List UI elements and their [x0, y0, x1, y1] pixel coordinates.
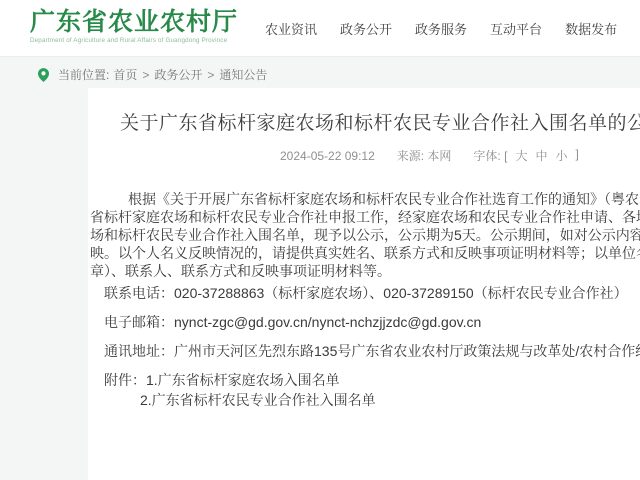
site-header: 广东省农业农村厅 Department of Agriculture and R… [0, 0, 640, 57]
nav-item-government-disclosure[interactable]: 政务公开 [340, 19, 392, 38]
attachments-line: 2.广东省标杆农民专业合作社入围名单 [88, 391, 640, 409]
logo-title: 广东省农业农村厅 [30, 9, 238, 35]
paragraph-line: 章）、联系人、联系方式和反映事项证明材料等。 [88, 262, 640, 280]
site-logo[interactable]: 广东省农业农村厅 Department of Agriculture and R… [30, 9, 238, 44]
breadcrumb-home[interactable]: 首页 [113, 66, 137, 83]
publish-datetime: 2024-05-22 09:12 [280, 149, 375, 163]
breadcrumb-separator: > [142, 68, 149, 82]
article-source: 来源: 本网 [397, 147, 452, 164]
font-size-medium-button[interactable]: 中 [535, 147, 547, 164]
logo-subtitle: Department of Agriculture and Rural Affa… [30, 37, 238, 44]
nav-item-agriculture-news[interactable]: 农业资讯 [265, 19, 317, 38]
paragraph-line: 省标杆家庭农场和标杆农民专业合作社申报工作，经家庭农场和农民专业合作社申请、各地… [88, 208, 640, 226]
breadcrumb-separator: > [207, 68, 214, 82]
paragraph-line: 根据《关于开展广东省标杆家庭农场和标杆农民专业合作社选育工作的通知》（粤农农〔2… [88, 190, 640, 208]
attachments-line: 附件：1.广东省标杆家庭农场入围名单 [88, 371, 640, 389]
breadcrumb-prefix: 当前位置: [58, 66, 109, 83]
location-pin-icon [38, 68, 49, 82]
paragraph-line: 场和标杆农民专业合作社入围名单，现予以公示，公示期为5天。公示期间，如对公示内容… [88, 226, 640, 244]
attachment-link-cooperatives[interactable]: 2.广东省标杆农民专业合作社入围名单 [140, 392, 376, 408]
nav-item-interaction-platform[interactable]: 互动平台 [490, 19, 542, 38]
nav-item-data-release[interactable]: 数据发布 [565, 19, 617, 38]
font-size-label-close: ] [575, 147, 578, 164]
font-size-control: 字体: [ 大 中 小 ] [473, 147, 578, 164]
article-title: 关于广东省标杆家庭农场和标杆农民专业合作社入围名单的公示 [120, 108, 640, 135]
article-meta: 2024-05-22 09:12 来源: 本网 字体: [ 大 中 小 ] [280, 147, 579, 164]
breadcrumb: 当前位置: 首页 > 政务公开 > 通知公告 [38, 66, 267, 83]
breadcrumb-notices[interactable]: 通知公告 [219, 66, 267, 83]
article-card: 关于广东省标杆家庭农场和标杆农民专业合作社入围名单的公示 2024-05-22 … [88, 88, 640, 480]
attachments-label: 附件： [104, 372, 146, 388]
contact-address-line: 通讯地址：广州市天河区先烈东路135号广东省农业农村厅政策法规与改革处/农村合作… [88, 342, 640, 360]
font-size-label-open: 字体: [ [473, 147, 507, 164]
article-body: 根据《关于开展广东省标杆家庭农场和标杆农民专业合作社选育工作的通知》（粤农农〔2… [88, 190, 640, 409]
nav-item-government-services[interactable]: 政务服务 [415, 19, 467, 38]
main-nav: 农业资讯 政务公开 政务服务 互动平台 数据发布 [265, 0, 617, 57]
breadcrumb-government-disclosure[interactable]: 政务公开 [154, 66, 202, 83]
contact-phone-line: 联系电话：020-37288863（标杆家庭农场）、020-37289150（标… [88, 284, 640, 302]
paragraph-line: 映。以个人名义反映情况的，请提供真实姓名、联系方式和反映事项证明材料等；以单位名… [88, 244, 640, 262]
page: 广东省农业农村厅 Department of Agriculture and R… [0, 0, 640, 480]
contact-email-line: 电子邮箱：nynct-zgc@gd.gov.cn/nynct-nchzjjzdc… [88, 313, 640, 331]
attachment-link-family-farms[interactable]: 1.广东省标杆家庭农场入围名单 [146, 372, 340, 388]
font-size-small-button[interactable]: 小 [555, 147, 567, 164]
font-size-large-button[interactable]: 大 [515, 147, 527, 164]
